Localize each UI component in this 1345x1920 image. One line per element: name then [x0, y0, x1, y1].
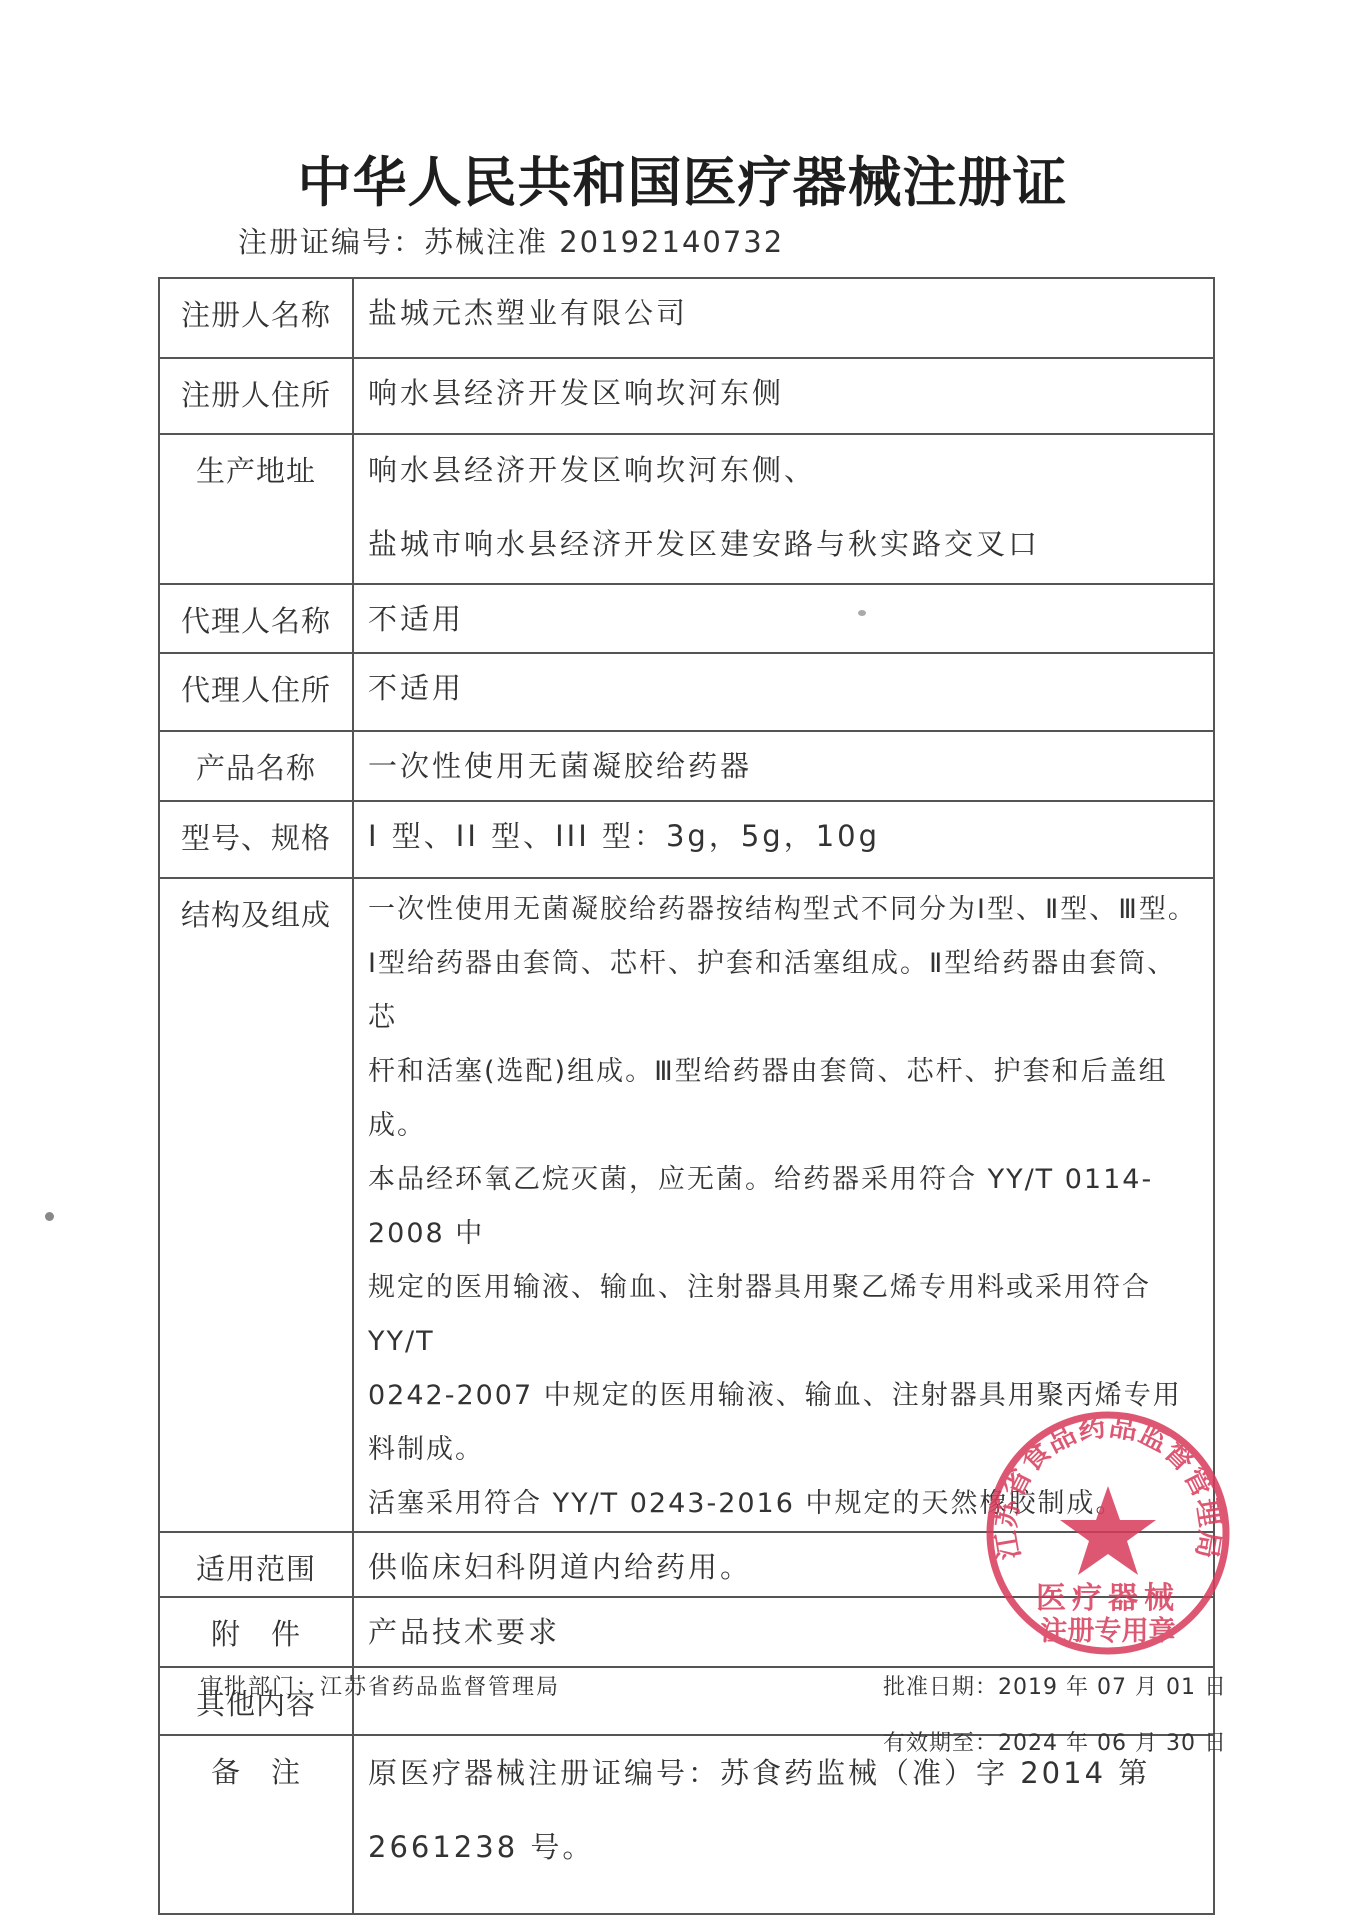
- row-label: 结构及组成: [159, 878, 353, 1532]
- row-value: 盐城元杰塑业有限公司: [353, 278, 1214, 358]
- document-title: 中华人民共和国医疗器械注册证: [0, 140, 1345, 217]
- table-row: 生产地址 响水县经济开发区响坎河东侧、 盐城市响水县经济开发区建安路与秋实路交叉…: [159, 434, 1214, 584]
- row-label: 代理人名称: [159, 584, 353, 653]
- row-value: 原医疗器械注册证编号：苏食药监械（准）字 2014 第 2661238 号。: [353, 1735, 1214, 1914]
- scan-speck: [45, 1212, 54, 1221]
- row-label: 注册人名称: [159, 278, 353, 358]
- production-address-line: 盐城市响水县经济开发区建安路与秋实路交叉口: [368, 507, 1201, 581]
- approval-date: 批准日期：2019 年 07 月 01 日: [883, 1670, 1227, 1701]
- row-label: 代理人住所: [159, 653, 353, 731]
- structure-line: 0242-2007 中规定的医用输液、输血、注射器具用聚丙烯专用料制成。: [368, 1369, 1201, 1477]
- registration-number-value: 苏械注准 20192140732: [424, 225, 784, 259]
- table-row: 型号、规格 I 型、II 型、III 型：3g，5g，10g: [159, 801, 1214, 878]
- table-row: 注册人住所 响水县经济开发区响坎河东侧: [159, 358, 1214, 434]
- agent-address: 不适用: [368, 668, 1201, 708]
- row-label: 产品名称: [159, 731, 353, 801]
- table-row: 代理人住所 不适用: [159, 653, 1214, 731]
- row-label: 注册人住所: [159, 358, 353, 434]
- row-value: 一次性使用无菌凝胶给药器: [353, 731, 1214, 801]
- attachment: 产品技术要求: [368, 1612, 1201, 1652]
- structure-line: 活塞采用符合 YY/T 0243-2016 中规定的天然橡胶制成。: [368, 1477, 1201, 1531]
- row-value: 不适用: [353, 584, 1214, 653]
- remarks-line: 2661238 号。: [368, 1810, 1201, 1884]
- model-spec: I 型、II 型、III 型：3g，5g，10g: [368, 816, 1201, 856]
- table-row: 产品名称 一次性使用无菌凝胶给药器: [159, 731, 1214, 801]
- registrant-address: 响水县经济开发区响坎河东侧: [368, 373, 1201, 413]
- structure-line: 杆和活塞(选配)组成。Ⅲ型给药器由套筒、芯杆、护套和后盖组成。: [368, 1045, 1201, 1153]
- table-row: 结构及组成 一次性使用无菌凝胶给药器按结构型式不同分为Ⅰ型、Ⅱ型、Ⅲ型。 Ⅰ型给…: [159, 878, 1214, 1532]
- structure-line: 规定的医用输液、输血、注射器具用聚乙烯专用料或采用符合 YY/T: [368, 1261, 1201, 1369]
- row-value: 响水县经济开发区响坎河东侧、 盐城市响水县经济开发区建安路与秋实路交叉口: [353, 434, 1214, 584]
- approval-department: 审批部门：江苏省药品监督管理局: [200, 1670, 560, 1701]
- product-name: 一次性使用无菌凝胶给药器: [368, 746, 1201, 786]
- table-row: 适用范围 供临床妇科阴道内给药用。: [159, 1532, 1214, 1597]
- production-address-line: 响水县经济开发区响坎河东侧、: [368, 433, 1201, 507]
- row-label: 适用范围: [159, 1532, 353, 1597]
- agent-name: 不适用: [368, 599, 1201, 639]
- valid-until: 有效期至：2024 年 06 月 30 日: [883, 1726, 1227, 1757]
- table-row: 代理人名称 不适用: [159, 584, 1214, 653]
- structure-line: Ⅰ型给药器由套筒、芯杆、护套和活塞组成。Ⅱ型给药器由套筒、芯: [368, 937, 1201, 1045]
- table-row: 备 注 原医疗器械注册证编号：苏食药监械（准）字 2014 第 2661238 …: [159, 1735, 1214, 1914]
- row-value: 响水县经济开发区响坎河东侧: [353, 358, 1214, 434]
- row-value: 一次性使用无菌凝胶给药器按结构型式不同分为Ⅰ型、Ⅱ型、Ⅲ型。 Ⅰ型给药器由套筒、…: [353, 878, 1214, 1532]
- row-value: 不适用: [353, 653, 1214, 731]
- row-label: 附 件: [159, 1597, 353, 1667]
- row-label: 生产地址: [159, 434, 353, 584]
- table-row: 附 件 产品技术要求: [159, 1597, 1214, 1667]
- registration-number: 注册证编号：苏械注准 20192140732: [238, 220, 784, 261]
- row-value: 产品技术要求: [353, 1597, 1214, 1667]
- structure-line: 一次性使用无菌凝胶给药器按结构型式不同分为Ⅰ型、Ⅱ型、Ⅲ型。: [368, 883, 1201, 937]
- row-label: 备 注: [159, 1735, 353, 1914]
- scan-speck: [858, 610, 866, 616]
- table-row: 注册人名称 盐城元杰塑业有限公司: [159, 278, 1214, 358]
- row-value: I 型、II 型、III 型：3g，5g，10g: [353, 801, 1214, 878]
- row-label: 型号、规格: [159, 801, 353, 878]
- intended-use: 供临床妇科阴道内给药用。: [368, 1547, 1201, 1587]
- registration-number-label: 注册证编号：: [238, 225, 424, 259]
- registrant-name: 盐城元杰塑业有限公司: [368, 293, 1201, 333]
- structure-line: 本品经环氧乙烷灭菌，应无菌。给药器采用符合 YY/T 0114-2008 中: [368, 1153, 1201, 1261]
- row-value: 供临床妇科阴道内给药用。: [353, 1532, 1214, 1597]
